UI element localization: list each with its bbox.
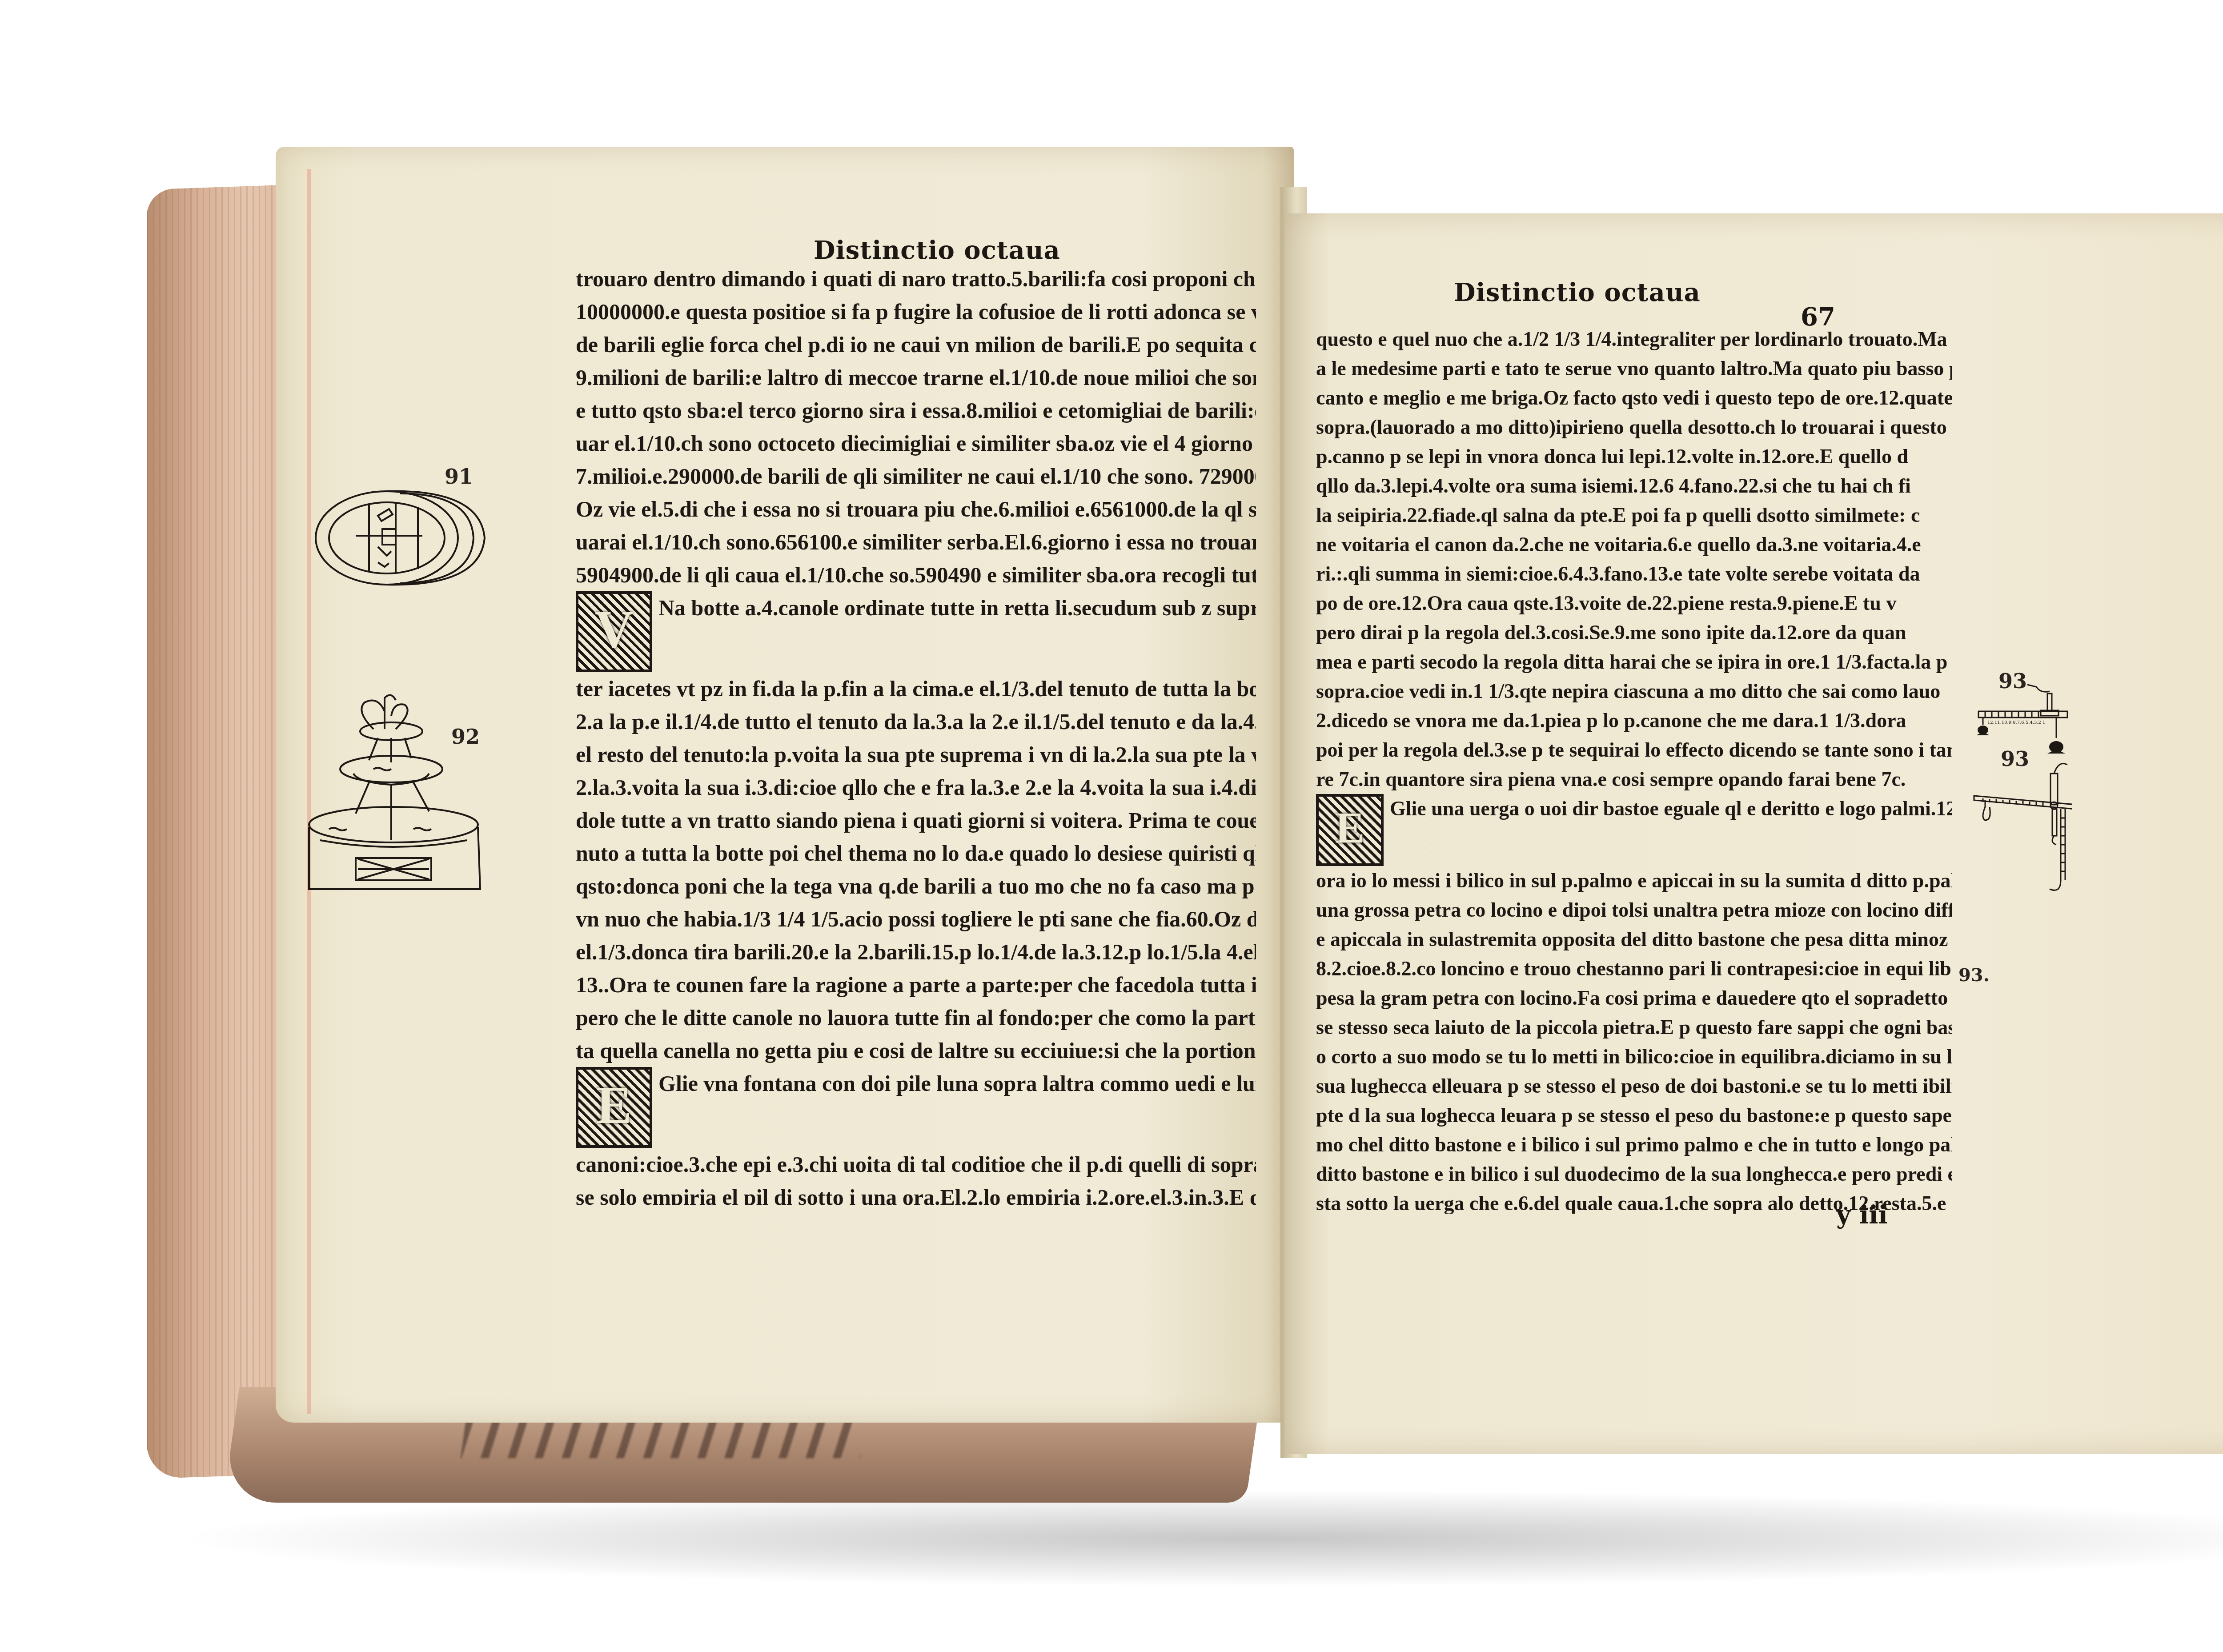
figure-number-93-inline: 93. xyxy=(1958,965,1990,986)
text-line: 9.milioni de barili:e laltro di meccoe t… xyxy=(576,361,1256,394)
text-line: qsto:donca poni che la tega vna q.de bar… xyxy=(576,870,1256,902)
text-line: 5904900.de li qli caua el.1/10.che so.59… xyxy=(576,558,1256,591)
text-line: ta quella canella no getta piu e cosi de… xyxy=(576,1034,1256,1067)
text-line: sua lughecca elleuara p se stesso el pes… xyxy=(1316,1071,1952,1101)
text-line: trouaro dentro dimando i quati di naro t… xyxy=(576,262,1256,295)
left-running-head: Distinctio octaua xyxy=(814,236,1060,265)
text-line: Na botte a.4.canole ordinate tutte in re… xyxy=(658,595,1256,620)
text-line: canto e meglio e me briga.Oz facto qsto … xyxy=(1316,383,1952,413)
text-line: se solo empiria el pil di sotto i una or… xyxy=(576,1181,1256,1205)
text-line: Glie vna fontana con doi pile luna sopra… xyxy=(658,1071,1256,1096)
decorated-initial-e: E xyxy=(576,1067,652,1148)
right-running-head: Distinctio octaua xyxy=(1454,278,1701,307)
text-line: 2.dicedo se vnora me da.1.piea p lo p.ca… xyxy=(1316,706,1952,735)
text-line: 8.2.cioe.8.2.co loncino e trouo chestann… xyxy=(1316,954,1952,983)
text-line: pero dirai p la regola del.3.cosi.Se.9.m… xyxy=(1316,618,1952,647)
text-line: el.1/3.donca tira barili.20.e la 2.baril… xyxy=(576,935,1256,968)
scale-labels: 12.11.10.9.8.7.6.5.4.3.2 1 xyxy=(1987,720,2045,725)
text-line: uar el.1/10.ch sono octoceto diecimiglia… xyxy=(576,427,1256,460)
text-line: ora io lo messi i bilico in sul p.palmo … xyxy=(1316,866,1952,895)
text-line: 2.la.3.voita la sua i.3.di:cioe qllo che… xyxy=(576,771,1256,804)
balance-beam-woodcut: 12.11.10.9.8.7.6.5.4.3.2 1 xyxy=(1965,676,2072,760)
text-line: ne voitaria el canon da.2.che ne voitari… xyxy=(1316,530,1952,559)
text-line: 7.milioi.e.290000.de barili de qli simil… xyxy=(576,460,1256,493)
text-line: pesa la gram petra con locino.Fa cosi pr… xyxy=(1316,983,1952,1013)
text-line: uarai el.1/10.ch sono.656100.e similiter… xyxy=(576,525,1256,558)
text-line: e apiccala in sulastremita opposita del … xyxy=(1316,925,1952,954)
right-text-block: questo e quel nuo che a.1/2 1/3 1/4.inte… xyxy=(1316,325,1952,1214)
text-line: ditto bastone e in bilico i sul duodecim… xyxy=(1316,1159,1952,1189)
left-text-block: trouaro dentro dimando i quati di naro t… xyxy=(576,262,1256,1205)
text-line: sopra.cioe vedi in.1 1/3.qte nepira cias… xyxy=(1316,677,1952,706)
text-line: la seipiria.22.fiade.ql salna da pte.E p… xyxy=(1316,501,1952,530)
fountain-woodcut xyxy=(302,694,489,898)
text-line: el resto del tenuto:la p.voita la sua pt… xyxy=(576,738,1256,771)
text-line: Oz vie el.5.di che i essa no si trouara … xyxy=(576,493,1256,525)
book-photo: Distinctio octaua 91 92 xyxy=(0,0,2223,1652)
barrel-woodcut xyxy=(311,485,498,591)
steelyard-woodcut xyxy=(1965,756,2072,898)
text-line: 13..Ora te counen fare la ragione a part… xyxy=(576,968,1256,1001)
text-line: de barili eglie forca chel p.di io ne ca… xyxy=(576,328,1256,361)
text-line: questo e quel nuo che a.1/2 1/3 1/4.inte… xyxy=(1316,325,1952,354)
text-line: nuto a tutta la botte poi chel thema no … xyxy=(576,837,1256,870)
text-line: re 7c.in quantore sira piena vna.e cosi … xyxy=(1316,765,1952,794)
book-shadow xyxy=(169,1489,2223,1587)
text-line: po de ore.12.Ora caua qste.13.voite de.2… xyxy=(1316,589,1952,618)
text-line: a le medesime parti e tato te serue vno … xyxy=(1316,354,1952,383)
text-line: p.canno p se lepi in vnora donca lui lep… xyxy=(1316,442,1952,471)
text-line: ri.:.qli summa in siemi:cioe.6.4.3.fano.… xyxy=(1316,559,1952,589)
text-line: o corto a suo modo se tu lo metti in bil… xyxy=(1316,1042,1952,1071)
text-line: mea e parti secodo la regola ditta harai… xyxy=(1316,647,1952,677)
text-line: e tutto qsto sba:el terco giorno sira i … xyxy=(576,394,1256,427)
text-line: pero che le ditte canole no lauora tutte… xyxy=(576,1001,1256,1034)
text-line: vn nuo che habia.1/3 1/4 1/5.acio possi … xyxy=(576,902,1256,935)
text-line: dole tutte a vn tratto siando piena i qu… xyxy=(576,804,1256,837)
text-line: se stesso seca laiuto de la piccola piet… xyxy=(1316,1013,1952,1042)
signature-mark: y iii xyxy=(1836,1200,1888,1230)
text-line: mo chel ditto bastone e i bilico i sul p… xyxy=(1316,1130,1952,1159)
text-line: ter iacetes vt pz in fi.da la p.fin a la… xyxy=(576,672,1256,705)
text-line: 2.a la p.e il.1/4.de tutto el tenuto da … xyxy=(576,705,1256,738)
text-line: una grossa petra co locino e dipoi tolsi… xyxy=(1316,895,1952,925)
text-line: qllo da.3.lepi.4.volte ora suma isiemi.1… xyxy=(1316,471,1952,501)
text-line: poi per la regola del.3.se p te sequirai… xyxy=(1316,735,1952,765)
text-line: canoni:cioe.3.che epi e.3.chi uoita di t… xyxy=(576,1148,1256,1181)
text-line: Glie una uerga o uoi dir bastoe eguale q… xyxy=(1390,797,1952,820)
edge-inscription xyxy=(461,1418,867,1458)
text-line: pte d la sua loghecca leuara p se stesso… xyxy=(1316,1101,1952,1130)
decorated-initial-v: V xyxy=(576,591,652,672)
decorated-initial-e: E xyxy=(1316,794,1384,866)
text-line: sopra.(lauorado a mo ditto)ipirieno quel… xyxy=(1316,413,1952,442)
text-line: 10000000.e questa positioe si fa p fugir… xyxy=(576,295,1256,328)
